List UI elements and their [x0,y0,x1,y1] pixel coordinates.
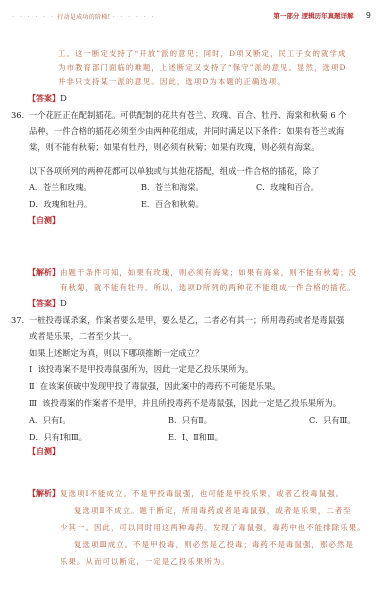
answer-label: 【答案】 [28,94,60,103]
q37-selftest-label: 【自测】 [28,446,60,457]
q36-analysis-line: 由题干条件可知，如果有玫瑰，则必须有海棠；如果有海棠，则不能有秋菊；没 [60,267,357,278]
statement-numeral: Ⅰ [29,364,32,374]
q37-statement-2: Ⅱ 在该案侦破中发现甲投了毒鼠强，因此案中的毒药不可能是乐果。 [29,381,281,392]
section-title: 第一部分 逻辑历年真题详解 [273,12,353,20]
q37-option-c[interactable]: C．只有Ⅲ。 [309,415,355,426]
statement-numeral: Ⅱ [29,381,35,391]
q37-option-b[interactable]: B．只有Ⅱ。 [168,415,212,426]
q37-stem-line: 或者是乐果，二者至少其一。 [29,331,137,342]
q37-option-d[interactable]: D．只有Ⅰ和Ⅲ。 [29,432,87,443]
statement-text: 该投毒案的作案者不是甲，并且所投毒药不是毒鼠强，因此一定是乙投乐果所为。 [42,398,341,408]
q37-stem-line: 一桩投毒谋杀案，作案者要么是甲，要么是乙，二者必有其一；所用毒药或者是毒鼠强 [29,315,344,326]
header-slogan: · · · · · · 行动是成功的阶梯! · · · · · · [12,12,156,21]
q37-analysis-line: 复选项Ⅲ成立。不是甲投毒，则必然是乙投毒；毒药不是毒鼠强，那必然是 [74,539,354,550]
q37-analysis-line: 乐果。从而可以断定，一定是乙投乐果所为。 [60,556,230,567]
q37-option-e[interactable]: E．Ⅰ、Ⅱ和Ⅲ。 [168,432,223,443]
q36-option-d[interactable]: D．玫瑰和牡丹。 [29,199,92,210]
header-dots-right: · · · · · · [113,14,156,21]
header-dots-left: · · · · · · [12,14,55,21]
statement-text: 该投毒案不是甲投毒鼠强所为，因此一定是乙投乐果所为。 [38,364,254,374]
q37-statement-3: Ⅲ 该投毒案的作案者不是甲，并且所投毒药不是毒鼠强，因此一定是乙投乐果所为。 [29,398,341,409]
q36-option-a[interactable]: A．苍兰和玫瑰。 [29,182,92,193]
q36-analysis-line: 有秋菊，就不能有牡丹。所以，选项D所列的两种花不能组成一件合格的插花。 [60,282,356,293]
question-number-36: 36. [11,110,24,121]
q36-analysis-label: 【解析】 [28,267,60,278]
q37-option-a[interactable]: A．只有Ⅰ。 [29,415,70,426]
q37-stem-line: 如果上述断定为真，则以下哪项推断一定成立？ [29,348,203,359]
q36-answer: 【答案】D [28,298,67,310]
q37-statement-1: Ⅰ 该投毒案不是甲投毒鼠强所为，因此一定是乙投乐果所为。 [29,364,253,375]
header-section: 第一部分 逻辑历年真题详解 9 [273,11,371,20]
q36-stem-line: 以下各项所列的两种花都可以单独或与其他花搭配，组成一件合格的插花，除了 [29,166,319,177]
prev-answer: 【答案】D [28,93,67,105]
q37-analysis-line: 复选项Ⅰ不能成立。不是甲投毒鼠强，也可能是甲投乐果，或者乙投毒鼠强。 [60,488,344,499]
q36-stem-line: 棠，则不能有秋菊；如果有牡丹，则必须有秋菊；如果有玫瑰，则必须有海棠。 [29,142,319,153]
answer-value: D [60,299,67,309]
prev-analysis-line: 工。这一断定支持了“开放”派的意见；同时，D项又断定，民工子女的就学成 [58,48,347,59]
statement-text: 在该案侦破中发现甲投了毒鼠强，因此案中的毒药不可能是乐果。 [40,381,281,391]
q36-option-c[interactable]: C．玫瑰和百合。 [256,182,319,193]
q36-stem-line: 品种，一件合格的插花必须至少由两种花组成，并同时满足以下条件：如果有苍兰或海 [29,126,344,137]
q36-option-b[interactable]: B．苍兰和海棠。 [141,182,204,193]
answer-label: 【答案】 [28,299,60,308]
prev-analysis-line: 为市教育部门面临的难题，上述断定又支持了“保守”派的意见。显然，选项D [58,62,347,73]
q36-option-e[interactable]: E．百合和秋菊。 [141,199,204,210]
q36-stem-line: 一个花匠正在配制插花。可供配制的花共有苍兰、玫瑰、百合、牡丹、海棠和秋菊 6 个 [29,110,347,121]
question-number-37: 37. [11,315,24,326]
page-number: 9 [366,11,371,20]
answer-value: D [60,94,67,104]
q36-selftest-label: 【自测】 [28,215,60,226]
q37-analysis-line: 少其一。因此，可以同时用这两种毒药。发现了毒鼠强，毒药中也不能排除乐果。 [60,522,366,533]
q37-analysis-line: 复选项Ⅱ不成立。题干断定，所用毒药或者是毒鼠强，或者是乐果，二者至 [74,505,352,516]
prev-analysis-line: 并非只支持某一派的意见。因此，选项D为本题的正确选项。 [58,76,286,87]
statement-numeral: Ⅲ [29,398,37,408]
q37-analysis-label: 【解析】 [28,488,60,499]
page-header: · · · · · · 行动是成功的阶梯! · · · · · · 第一部分 逻… [0,0,385,24]
header-slogan-text: 行动是成功的阶梯! [57,14,110,21]
